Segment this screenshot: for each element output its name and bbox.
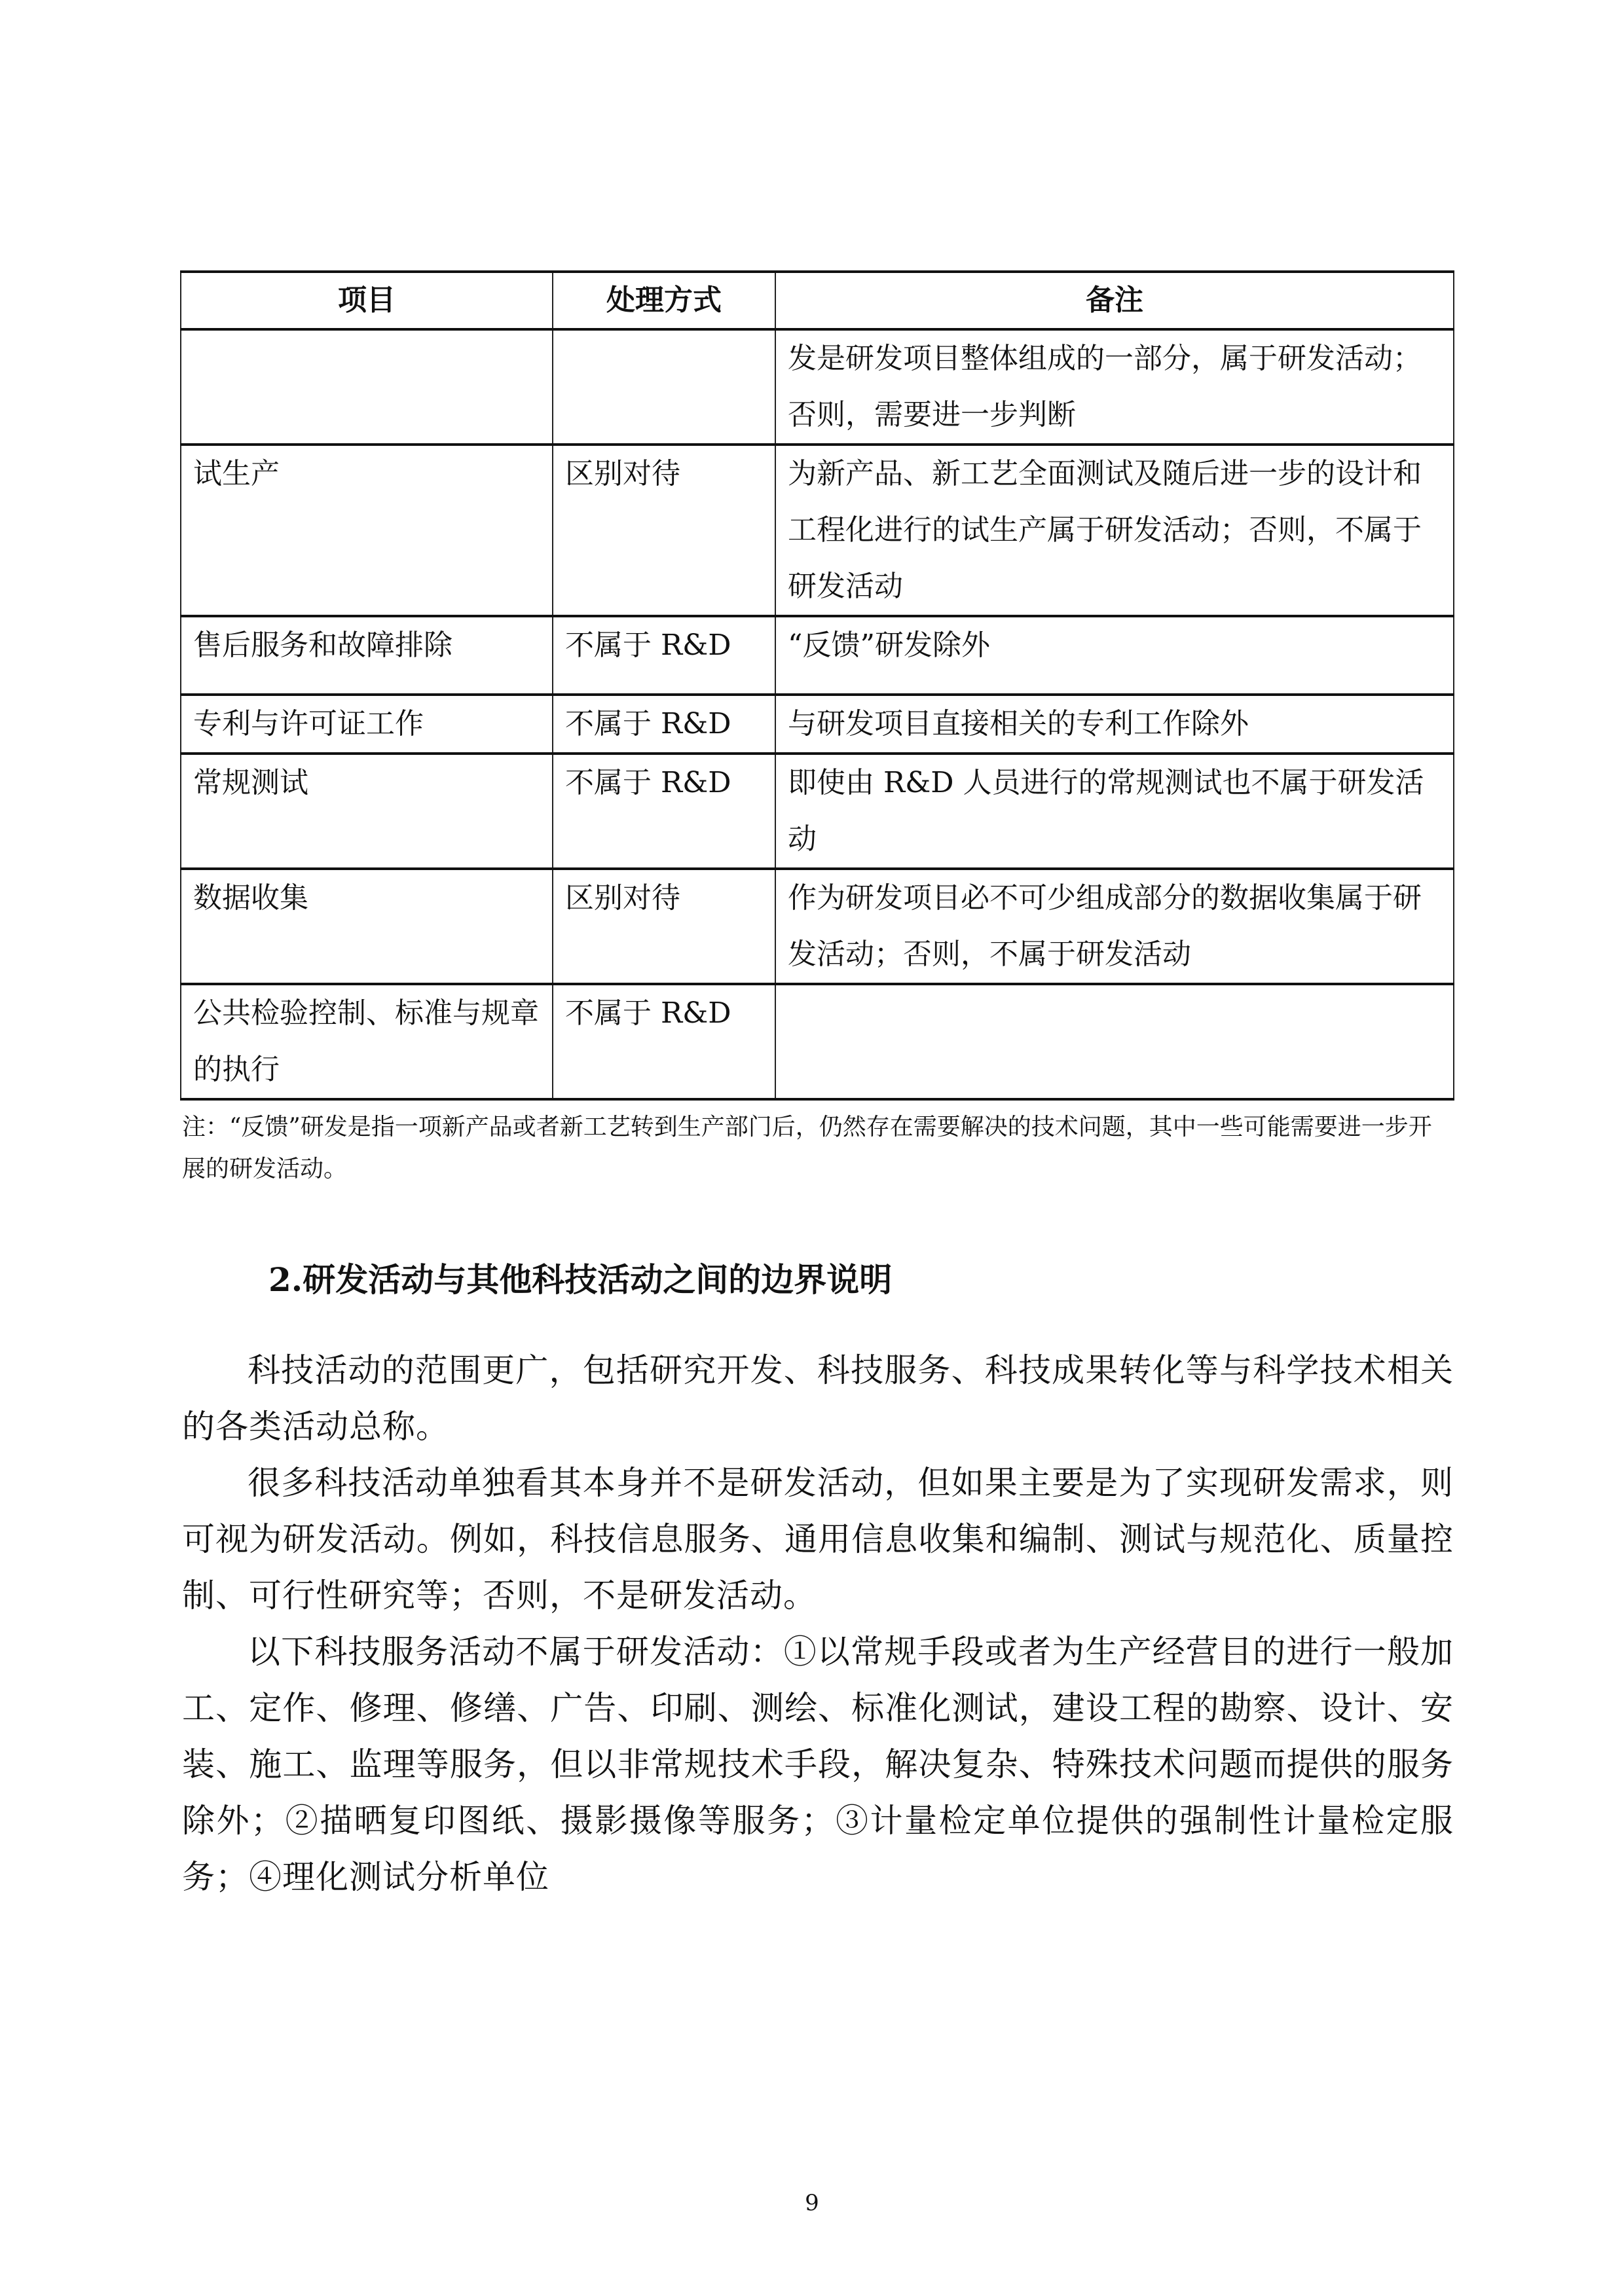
cell-remark: 与研发项目直接相关的专利工作除外 [775,695,1454,754]
cell-treatment: 区别对待 [553,445,775,616]
cell-item: 数据收集 [181,869,553,984]
cell-treatment: 不属于 R&D [553,616,775,695]
page-number: 9 [0,2190,1624,2216]
cell-remark: “反馈”研发除外 [775,616,1454,695]
cell-item [181,329,553,445]
header-remark: 备注 [775,272,1454,329]
table-row: 售后服务和故障排除 不属于 R&D “反馈”研发除外 [181,616,1454,695]
section-heading: 2.研发活动与其他科技活动之间的边界说明 [268,1254,892,1306]
table-row: 专利与许可证工作 不属于 R&D 与研发项目直接相关的专利工作除外 [181,695,1454,754]
rd-classification-table-container: 项目 处理方式 备注 发是研发项目整体组成的一部分，属于研发活动；否则，需要进一… [180,270,1453,1101]
cell-treatment: 不属于 R&D [553,695,775,754]
rd-classification-table: 项目 处理方式 备注 发是研发项目整体组成的一部分，属于研发活动；否则，需要进一… [180,270,1454,1101]
cell-item: 公共检验控制、标准与规章的执行 [181,984,553,1099]
cell-remark: 即使由 R&D 人员进行的常规测试也不属于研发活动 [775,754,1454,869]
section-body: 科技活动的范围更广，包括研究开发、科技服务、科技成果转化等与科学技术相关的各类活… [182,1342,1454,1905]
cell-treatment: 不属于 R&D [553,754,775,869]
paragraph: 科技活动的范围更广，包括研究开发、科技服务、科技成果转化等与科学技术相关的各类活… [182,1342,1454,1455]
paragraph: 很多科技活动单独看其本身并不是研发活动，但如果主要是为了实现研发需求，则可视为研… [182,1455,1454,1624]
table-row: 公共检验控制、标准与规章的执行 不属于 R&D [181,984,1454,1099]
table-row: 发是研发项目整体组成的一部分，属于研发活动；否则，需要进一步判断 [181,329,1454,445]
cell-item: 售后服务和故障排除 [181,616,553,695]
cell-item: 常规测试 [181,754,553,869]
table-row: 常规测试 不属于 R&D 即使由 R&D 人员进行的常规测试也不属于研发活动 [181,754,1454,869]
table-footnote: 注：“反馈”研发是指一项新产品或者新工艺转到生产部门后，仍然存在需要解决的技术问… [182,1106,1454,1190]
cell-treatment: 不属于 R&D [553,984,775,1099]
table-row: 试生产 区别对待 为新产品、新工艺全面测试及随后进一步的设计和工程化进行的试生产… [181,445,1454,616]
table-row: 数据收集 区别对待 作为研发项目必不可少组成部分的数据收集属于研发活动；否则，不… [181,869,1454,984]
cell-treatment [553,329,775,445]
cell-treatment: 区别对待 [553,869,775,984]
cell-remark: 为新产品、新工艺全面测试及随后进一步的设计和工程化进行的试生产属于研发活动；否则… [775,445,1454,616]
cell-remark: 发是研发项目整体组成的一部分，属于研发活动；否则，需要进一步判断 [775,329,1454,445]
paragraph: 以下科技服务活动不属于研发活动：①以常规手段或者为生产经营目的进行一般加工、定作… [182,1624,1454,1905]
cell-item: 试生产 [181,445,553,616]
header-treatment: 处理方式 [553,272,775,329]
cell-remark: 作为研发项目必不可少组成部分的数据收集属于研发活动；否则，不属于研发活动 [775,869,1454,984]
table-header-row: 项目 处理方式 备注 [181,272,1454,329]
cell-item: 专利与许可证工作 [181,695,553,754]
header-item: 项目 [181,272,553,329]
cell-remark [775,984,1454,1099]
